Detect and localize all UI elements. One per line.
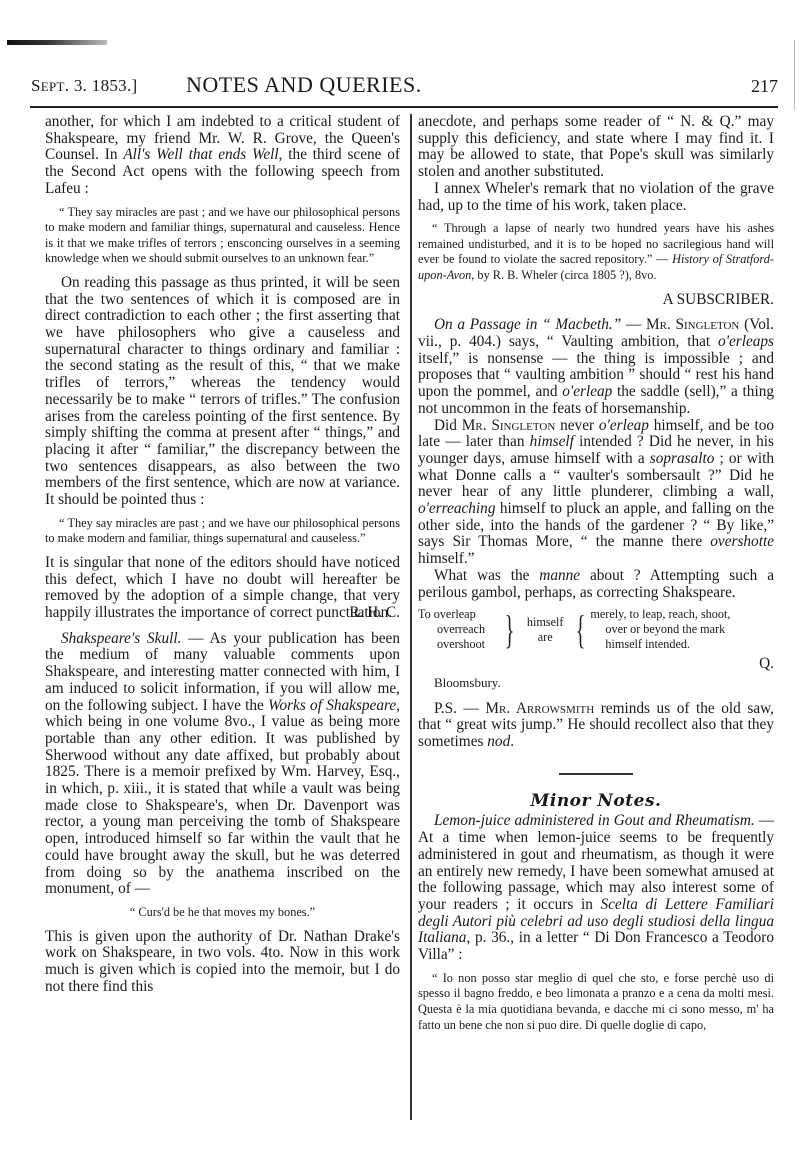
- bracket-middle: himself are: [519, 615, 571, 645]
- article-title: Shakspeare's Skull.: [61, 630, 181, 647]
- emphasis: overshotte: [710, 533, 774, 550]
- text: , p. 36., in a letter “ Di Don Francesco…: [418, 929, 774, 963]
- postscript: P.S. — Mr. Arrowsmith reminds us of the …: [418, 701, 774, 751]
- left-column: another, for which I am indebted to a cr…: [45, 114, 400, 995]
- article-title: On a Passage in “ Macbeth.”: [434, 316, 621, 333]
- paragraph-singular: It is singular that none of the editors …: [45, 555, 400, 622]
- section-rule: [559, 773, 633, 775]
- text: , which being in one volume 8vo., I valu…: [45, 697, 400, 898]
- scan-edge-mark: [7, 40, 107, 45]
- table-cell: To overleap: [418, 607, 500, 622]
- quotation-corrected: “ They say miracles are past ; and we ha…: [45, 516, 400, 547]
- text: What was the: [434, 567, 539, 584]
- table-cell: himself: [519, 615, 571, 630]
- table-cell: are: [519, 630, 571, 645]
- article-shakspeares-skull: Shakspeare's Skull. — As your publicatio…: [45, 631, 400, 898]
- page-number: 217: [751, 76, 778, 97]
- journal-title: NOTES AND QUERIES.: [186, 72, 422, 98]
- right-column: anecdote, and perhaps some reader of “ N…: [418, 114, 774, 1041]
- header-rule: [30, 106, 778, 108]
- emphasis: himself: [530, 433, 574, 450]
- date-rest: . 3. 1853.]: [65, 76, 138, 95]
- signature-q: Q.: [418, 656, 774, 673]
- bracket-left-list: To overleap overreach overshoot: [418, 607, 500, 652]
- emphasis: nod: [487, 733, 510, 750]
- text: Did: [434, 417, 462, 434]
- emphasis: o'erleaps: [718, 333, 774, 350]
- article-lemon-juice: Lemon-juice administered in Gout and Rhe…: [418, 813, 774, 963]
- text: never: [555, 417, 599, 434]
- place-line: Bloomsbury.: [418, 675, 774, 692]
- date-smallcaps: EPT: [41, 79, 65, 94]
- person-name: Mr. Arrowsmith: [485, 700, 594, 717]
- text: .: [510, 733, 514, 750]
- paragraph-authority: This is given upon the authority of Dr. …: [45, 929, 400, 996]
- article-title: Lemon-juice administered in Gout and Rhe…: [434, 812, 755, 829]
- play-title: All's Well that ends Well: [123, 146, 278, 163]
- issue-date: SEPT. 3. 1853.]: [31, 76, 138, 96]
- left-brace-icon: {: [576, 608, 586, 652]
- emphasis: o'erleap: [599, 417, 649, 434]
- person-name: Mr. Singleton: [462, 417, 556, 434]
- table-cell: himself intended.: [590, 637, 774, 652]
- text: , by R. B. Wheler (circa 1805 ?), 8vo.: [471, 268, 656, 282]
- text: A S: [663, 291, 686, 308]
- text: UBSCRIBER: [685, 291, 770, 308]
- emphasis: o'erleap: [562, 383, 612, 400]
- text: —: [621, 316, 646, 333]
- text: .: [770, 291, 774, 308]
- paragraph-reading: On reading this passage as thus printed,…: [45, 275, 400, 509]
- text: himself.”: [418, 550, 475, 567]
- table-cell: overshoot: [418, 637, 500, 652]
- section-heading-minor-notes: Minor Notes.: [418, 793, 774, 810]
- right-brace-icon: }: [505, 608, 515, 652]
- emphasis: manne: [539, 567, 580, 584]
- article-macbeth: On a Passage in “ Macbeth.” — Mr. Single…: [418, 317, 774, 417]
- emphasis: o'erreaching: [418, 500, 495, 517]
- table-cell: over or beyond the mark: [590, 622, 774, 637]
- paragraph-manne: What was the manne about ? Attempting su…: [418, 568, 774, 601]
- date-prefix: S: [31, 76, 41, 95]
- emphasis: soprasalto: [650, 450, 715, 467]
- table-cell: overreach: [418, 622, 500, 637]
- scan-right-edge: [794, 40, 795, 110]
- quotation-epitaph: “ Curs'd be he that moves my bones.”: [45, 905, 400, 921]
- table-cell: merely, to leap, reach, shoot,: [590, 607, 774, 622]
- paragraph-annex: I annex Wheler's remark that no violatio…: [418, 181, 774, 214]
- person-name: Mr. Singleton: [646, 316, 739, 333]
- quotation-wheler: “ Through a lapse of nearly two hundred …: [418, 221, 774, 283]
- bracket-right-list: merely, to leap, reach, shoot, over or b…: [590, 607, 774, 652]
- column-divider: [410, 114, 412, 1120]
- text: P.S. —: [434, 700, 485, 717]
- quotation-lafeu: “ They say miracles are past ; and we ha…: [45, 205, 400, 267]
- quotation-italian: “ Io non posso star meglio di quel che s…: [418, 971, 774, 1033]
- paragraph-did-singleton: Did Mr. Singleton never o'erleap himself…: [418, 418, 774, 568]
- signature-subscriber: A SUBSCRIBER.: [418, 292, 774, 309]
- book-title: Works of Shakspeare: [268, 697, 396, 714]
- running-header: SEPT. 3. 1853.] NOTES AND QUERIES. 217: [31, 72, 781, 102]
- paragraph-anecdote: anecdote, and perhaps some reader of “ N…: [418, 114, 774, 181]
- bracket-table: To overleap overreach overshoot } himsel…: [418, 607, 774, 652]
- paragraph-continued: another, for which I am indebted to a cr…: [45, 114, 400, 198]
